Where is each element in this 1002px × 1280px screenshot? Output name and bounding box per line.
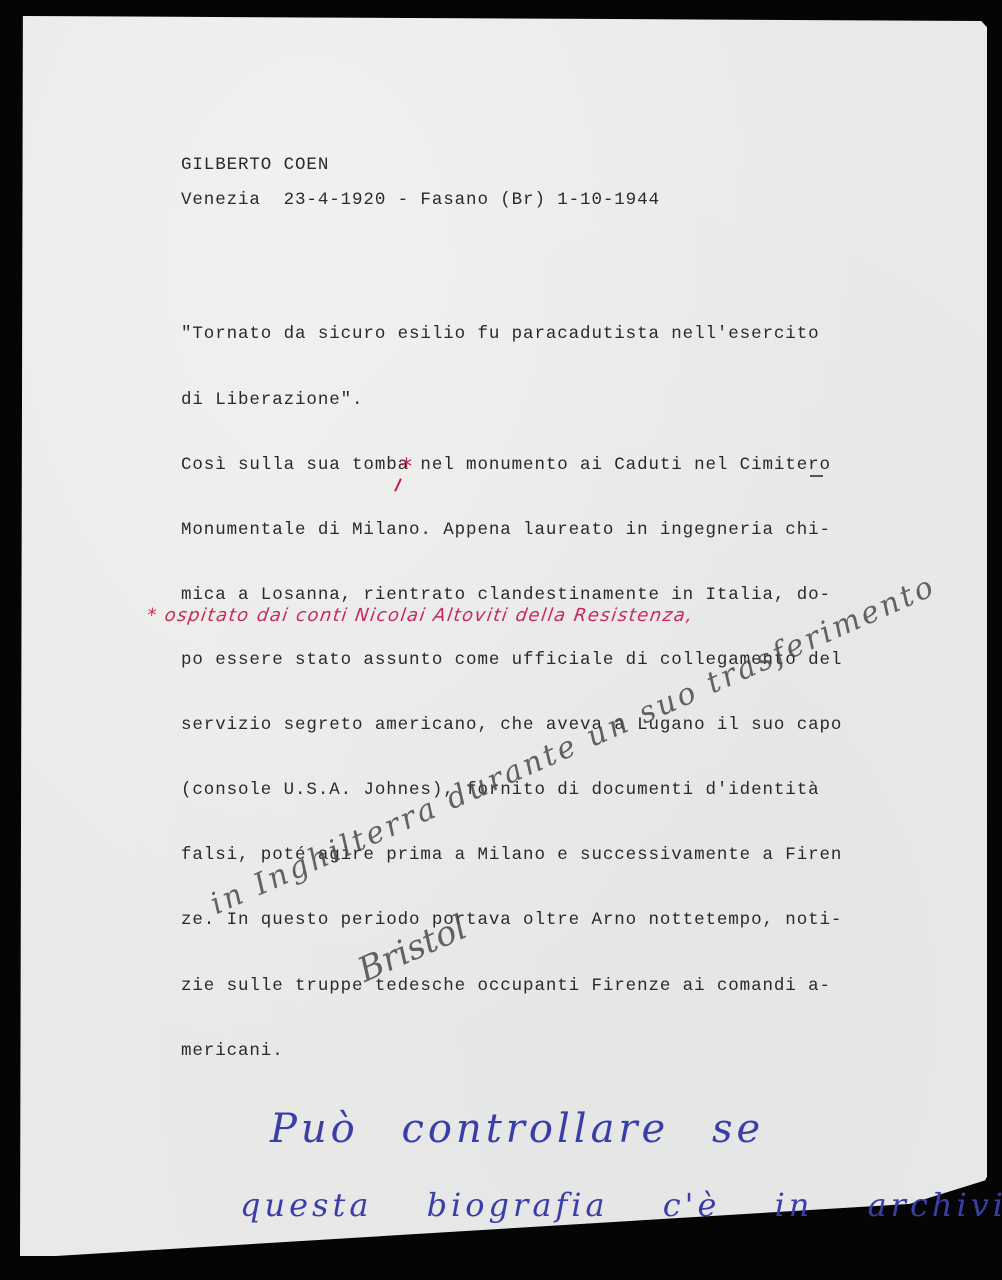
- blue-handwritten-question-line1: Può controllare se: [270, 1106, 764, 1152]
- body-line: "Tornato da sicuro esilio fu paracadutis…: [181, 324, 842, 346]
- body-line: ze. In questo periodo portava oltre Arno…: [181, 910, 842, 932]
- scan-background: GILBERTO COEN Venezia 23-4-1920 - Fasano…: [0, 0, 1002, 1280]
- birth-death-dates: Venezia 23-4-1920 - Fasano (Br) 1-10-194…: [181, 190, 660, 210]
- body-line: mericani.: [181, 1041, 842, 1063]
- biography-body: "Tornato da sicuro esilio fu paracadutis…: [181, 281, 842, 1106]
- red-handwritten-footnote: * ospitato dai conti Nicolai Altoviti de…: [146, 605, 695, 626]
- body-line: zie sulle truppe tedesche occupanti Fire…: [181, 976, 842, 998]
- insertion-asterisk-icon: *: [401, 457, 412, 479]
- body-line: Monumentale di Milano. Appena laureato i…: [181, 520, 842, 542]
- body-line: mica a Losanna, rientrato clandestinamen…: [181, 585, 842, 607]
- document-title: GILBERTO COEN: [181, 155, 329, 175]
- body-line: servizio segreto americano, che aveva a …: [181, 715, 842, 737]
- body-line: Così sulla sua tomba nel monumento ai Ca…: [181, 455, 842, 477]
- handwritten-underline: [810, 475, 823, 477]
- body-line: di Liberazione".: [181, 390, 842, 412]
- blue-handwritten-question-line2: questa biografia c'è in archivio?: [240, 1186, 1002, 1224]
